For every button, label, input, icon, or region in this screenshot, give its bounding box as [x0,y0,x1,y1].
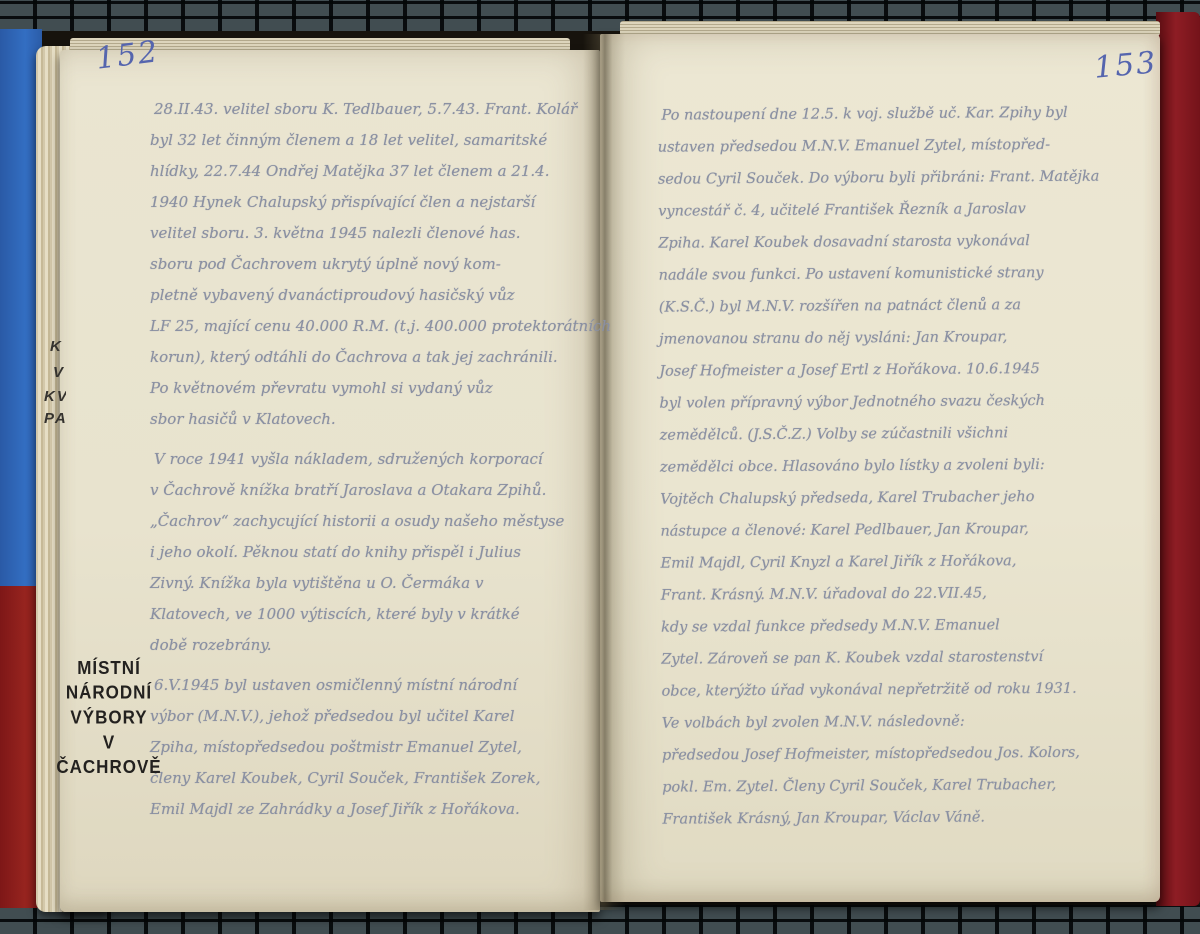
right-page-handwriting: Po nastoupení dne 12.5. k voj. službě uč… [657,96,1140,844]
paragraph-fire-brigade: 28.II.43. velitel sboru K. Tedlbauer, 5.… [150,94,598,435]
handwritten-line: Vojtěch Chalupský předseda, Karel Trubac… [660,480,1138,515]
margin-heading-line: ČACHROVĚ [46,755,172,780]
handwritten-line: korun), který odtáhli do Čachrova a tak … [150,342,598,373]
handwritten-line: kdy se vzdal funkce předsedy M.N.V. Eman… [661,608,1139,643]
handwritten-line: nástupce a členové: Karel Pedlbauer, Jan… [660,512,1138,547]
handwritten-line: Zpiha, místopředsedou poštmistr Emanuel … [150,732,598,763]
margin-heading-line: MÍSTNÍ [46,655,172,680]
handwritten-line: výbor (M.N.V.), jehož předsedou byl učit… [150,701,598,732]
handwritten-line: pokl. Em. Zytel. Členy Cyril Souček, Kar… [662,768,1140,803]
handwritten-line: Klatovech, ve 1000 výtiscích, které byly… [150,599,598,630]
handwritten-line: „Čachrov“ zachycující historii a osudy n… [150,506,598,537]
handwritten-line: Zpiha. Karel Koubek dosavadní starosta v… [658,224,1136,259]
handwritten-line: sedou Cyril Souček. Do výboru byli přibr… [658,160,1136,195]
handwritten-line: Zytel. Zároveň se pan K. Koubek vzdal st… [661,640,1139,675]
handwritten-line: zemědělci obce. Hlasováno bylo lístky a … [660,448,1138,483]
handwritten-line: František Krásný, Jan Kroupar, Václav Vá… [662,800,1140,835]
handwritten-line: (K.S.Č.) byl M.N.V. rozšířen na patnáct … [659,288,1137,323]
margin-heading-mistni-narodni-vybory: MÍSTNÍ NÁRODNÍ VÝBORY V ČACHROVĚ [46,655,172,779]
paragraph-book-cachrov: V roce 1941 vyšla nákladem, sdružených k… [150,444,598,661]
handwritten-line: nadále svou funkci. Po ustavení komunist… [659,256,1137,291]
handwritten-line: členy Karel Koubek, Cyril Souček, Franti… [150,763,598,794]
handwritten-line: obce, kterýžto úřad vykonával nepřetržit… [661,672,1139,707]
edge-letter: V [53,364,65,381]
handwritten-line: LF 25, mající cenu 40.000 R.M. (t.j. 400… [150,311,598,342]
handwritten-line: 1940 Hynek Chalupský přispívající člen a… [150,187,598,218]
handwritten-line: byl 32 let činným členem a 18 let velite… [150,125,598,156]
margin-heading-line: VÝBORY [46,705,172,730]
handwritten-line: zemědělců. (J.S.Č.Z.) Volby se zúčastnil… [660,416,1138,451]
edge-letter: PA [44,410,66,427]
handwritten-line: Zivný. Knížka byla vytištěna u O. Čermák… [150,568,598,599]
handwritten-line: Ve volbách byl zvolen M.N.V. následovně: [662,704,1140,739]
paragraph-mnv-continued: Po nastoupení dne 12.5. k voj. službě uč… [657,96,1140,835]
handwritten-line: v Čachrově knížka bratří Jaroslava a Ota… [150,475,598,506]
handwritten-line: Josef Hofmeister a Josef Ertl z Hořákova… [659,352,1137,387]
handwritten-line: Emil Majdl, Cyril Knyzl a Karel Jiřík z … [661,544,1139,579]
handwritten-line: ustaven předsedou M.N.V. Emanuel Zytel, … [658,128,1136,163]
handwritten-line: byl volen přípravný výbor Jednotného sva… [659,384,1137,419]
handwritten-line: sboru pod Čachrovem ukrytý úplně nový ko… [150,249,598,280]
margin-heading-line: NÁRODNÍ [46,680,172,705]
edge-letter: K [50,338,63,355]
left-page-handwriting: 28.II.43. velitel sboru K. Tedlbauer, 5.… [150,94,598,834]
handwritten-line: předsedou Josef Hofmeister, místopředsed… [662,736,1140,771]
handwritten-line: pletně vybavený dvanáctiproudový hasičsk… [150,280,598,311]
handwritten-line: V roce 1941 vyšla nákladem, sdružených k… [150,444,598,475]
handwritten-line: Po květnovém převratu vymohl si vydaný v… [150,373,598,404]
handwritten-line: Frant. Krásný. M.N.V. úřadoval do 22.VII… [661,576,1139,611]
handwritten-line: Po nastoupení dne 12.5. k voj. službě uč… [657,96,1135,131]
handwritten-line: velitel sboru. 3. května 1945 nalezli čl… [150,218,598,249]
handwritten-line: 6.V.1945 byl ustaven osmičlenný místní n… [150,670,598,701]
book-cover-right-edge [1156,12,1200,906]
handwritten-line: 28.II.43. velitel sboru K. Tedlbauer, 5.… [150,94,598,125]
edge-letter: KV [44,388,66,405]
paragraph-mnv-founding: 6.V.1945 byl ustaven osmičlenný místní n… [150,670,598,825]
handwritten-line: i jeho okolí. Pěknou statí do knihy přis… [150,537,598,568]
handwritten-line: Emil Majdl ze Zahrádky a Josef Jiřík z H… [150,794,598,825]
handwritten-line: vyncestář č. 4, učitelé František Řezník… [658,192,1136,227]
handwritten-line: době rozebrány. [150,630,598,661]
page-number-153: 153 [1093,45,1159,85]
handwritten-line: jmenovanou stranu do něj vysláni: Jan Kr… [659,320,1137,355]
clipped-margin-letters: K V KV PA [40,334,66,434]
handwritten-line: sbor hasičů v Klatovech. [150,404,598,435]
handwritten-line: hlídky, 22.7.44 Ondřej Matějka 37 let čl… [150,156,598,187]
margin-heading-line: V [46,730,172,755]
